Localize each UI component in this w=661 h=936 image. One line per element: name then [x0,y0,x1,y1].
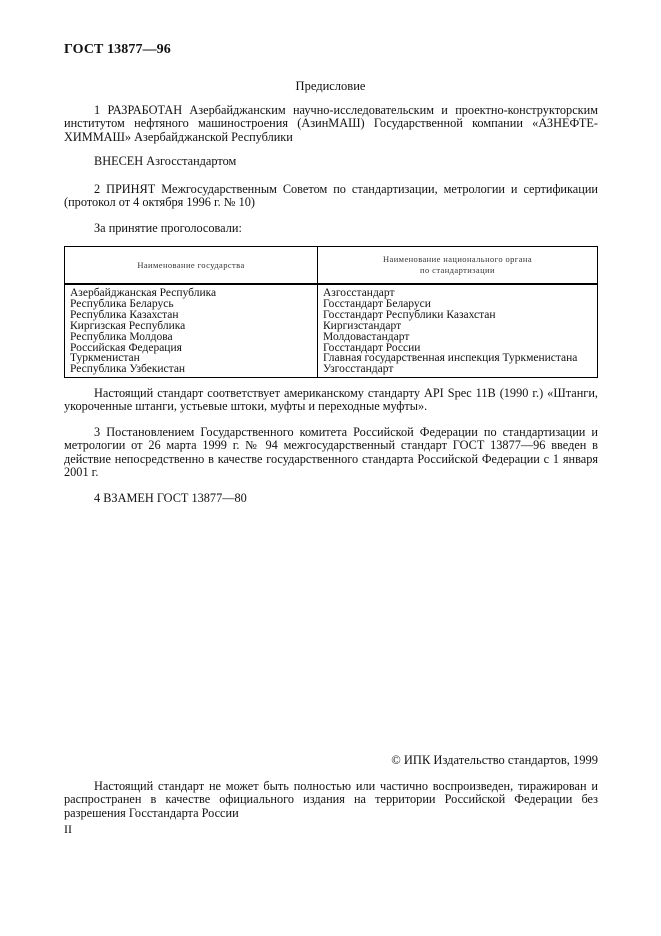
paragraph-replaces: 4 ВЗАМЕН ГОСТ 13877—80 [94,492,247,505]
paragraph-conforms-text: Настоящий стандарт соответствует америка… [64,386,598,413]
table-row: Республика Молдова Молдовастандарт [65,332,598,343]
cell-national-body: Узгосстандарт [318,364,598,377]
cell-state: Азербайджанская Республика [65,284,318,299]
column-header-state: Наименование государства [65,247,318,285]
paragraph-adopted: 2 ПРИНЯТ Межгосударственным Советом по с… [64,183,598,210]
votes-table-header-row: Наименование государства Наименование на… [65,247,598,285]
paragraph-resolution: 3 Постановлением Государственного комите… [64,426,598,479]
paragraph-developed: 1 РАЗРАБОТАН Азербайджанским научно-иссл… [64,104,598,144]
votes-table: Наименование государства Наименование на… [64,246,598,378]
copyright-notice: © ИПК Издательство стандартов, 1999 [391,753,598,768]
document-header-standard-id: ГОСТ 13877—96 [64,42,171,58]
section-title: Предисловие [0,79,661,94]
table-row: Республика Узбекистан Узгосстандарт [65,364,598,377]
column-header-national-body-line1: Наименование национального органа [383,254,532,264]
paragraph-conforms: Настоящий стандарт соответствует америка… [64,387,598,414]
table-row: Киргизская Республика Киргизстандарт [65,321,598,332]
cell-state: Киргизская Республика [65,321,318,332]
cell-national-body: Азгосстандарт [318,284,598,299]
cell-national-body: Киргизстандарт [318,321,598,332]
paragraph-resolution-text: 3 Постановлением Государственного комите… [64,425,598,479]
cell-state: Республика Узбекистан [65,364,318,377]
column-header-national-body: Наименование национального органапо стан… [318,247,598,285]
paragraph-developed-text: 1 РАЗРАБОТАН Азербайджанским научно-иссл… [64,103,598,144]
cell-national-body: Молдовастандарт [318,332,598,343]
page-number: II [64,822,72,837]
paragraph-reproduction: Настоящий стандарт не может быть полност… [64,780,598,820]
paragraph-adopted-text: 2 ПРИНЯТ Межгосударственным Советом по с… [64,182,598,209]
table-row: Азербайджанская Республика Азгосстандарт [65,284,598,299]
paragraph-reproduction-text: Настоящий стандарт не может быть полност… [64,779,598,820]
cell-state: Республика Молдова [65,332,318,343]
paragraph-introduced: ВНЕСЕН Азгосстандартом [94,155,236,168]
paragraph-voted: За принятие проголосовали: [94,222,242,235]
column-header-national-body-line2: по стандартизации [420,265,495,275]
